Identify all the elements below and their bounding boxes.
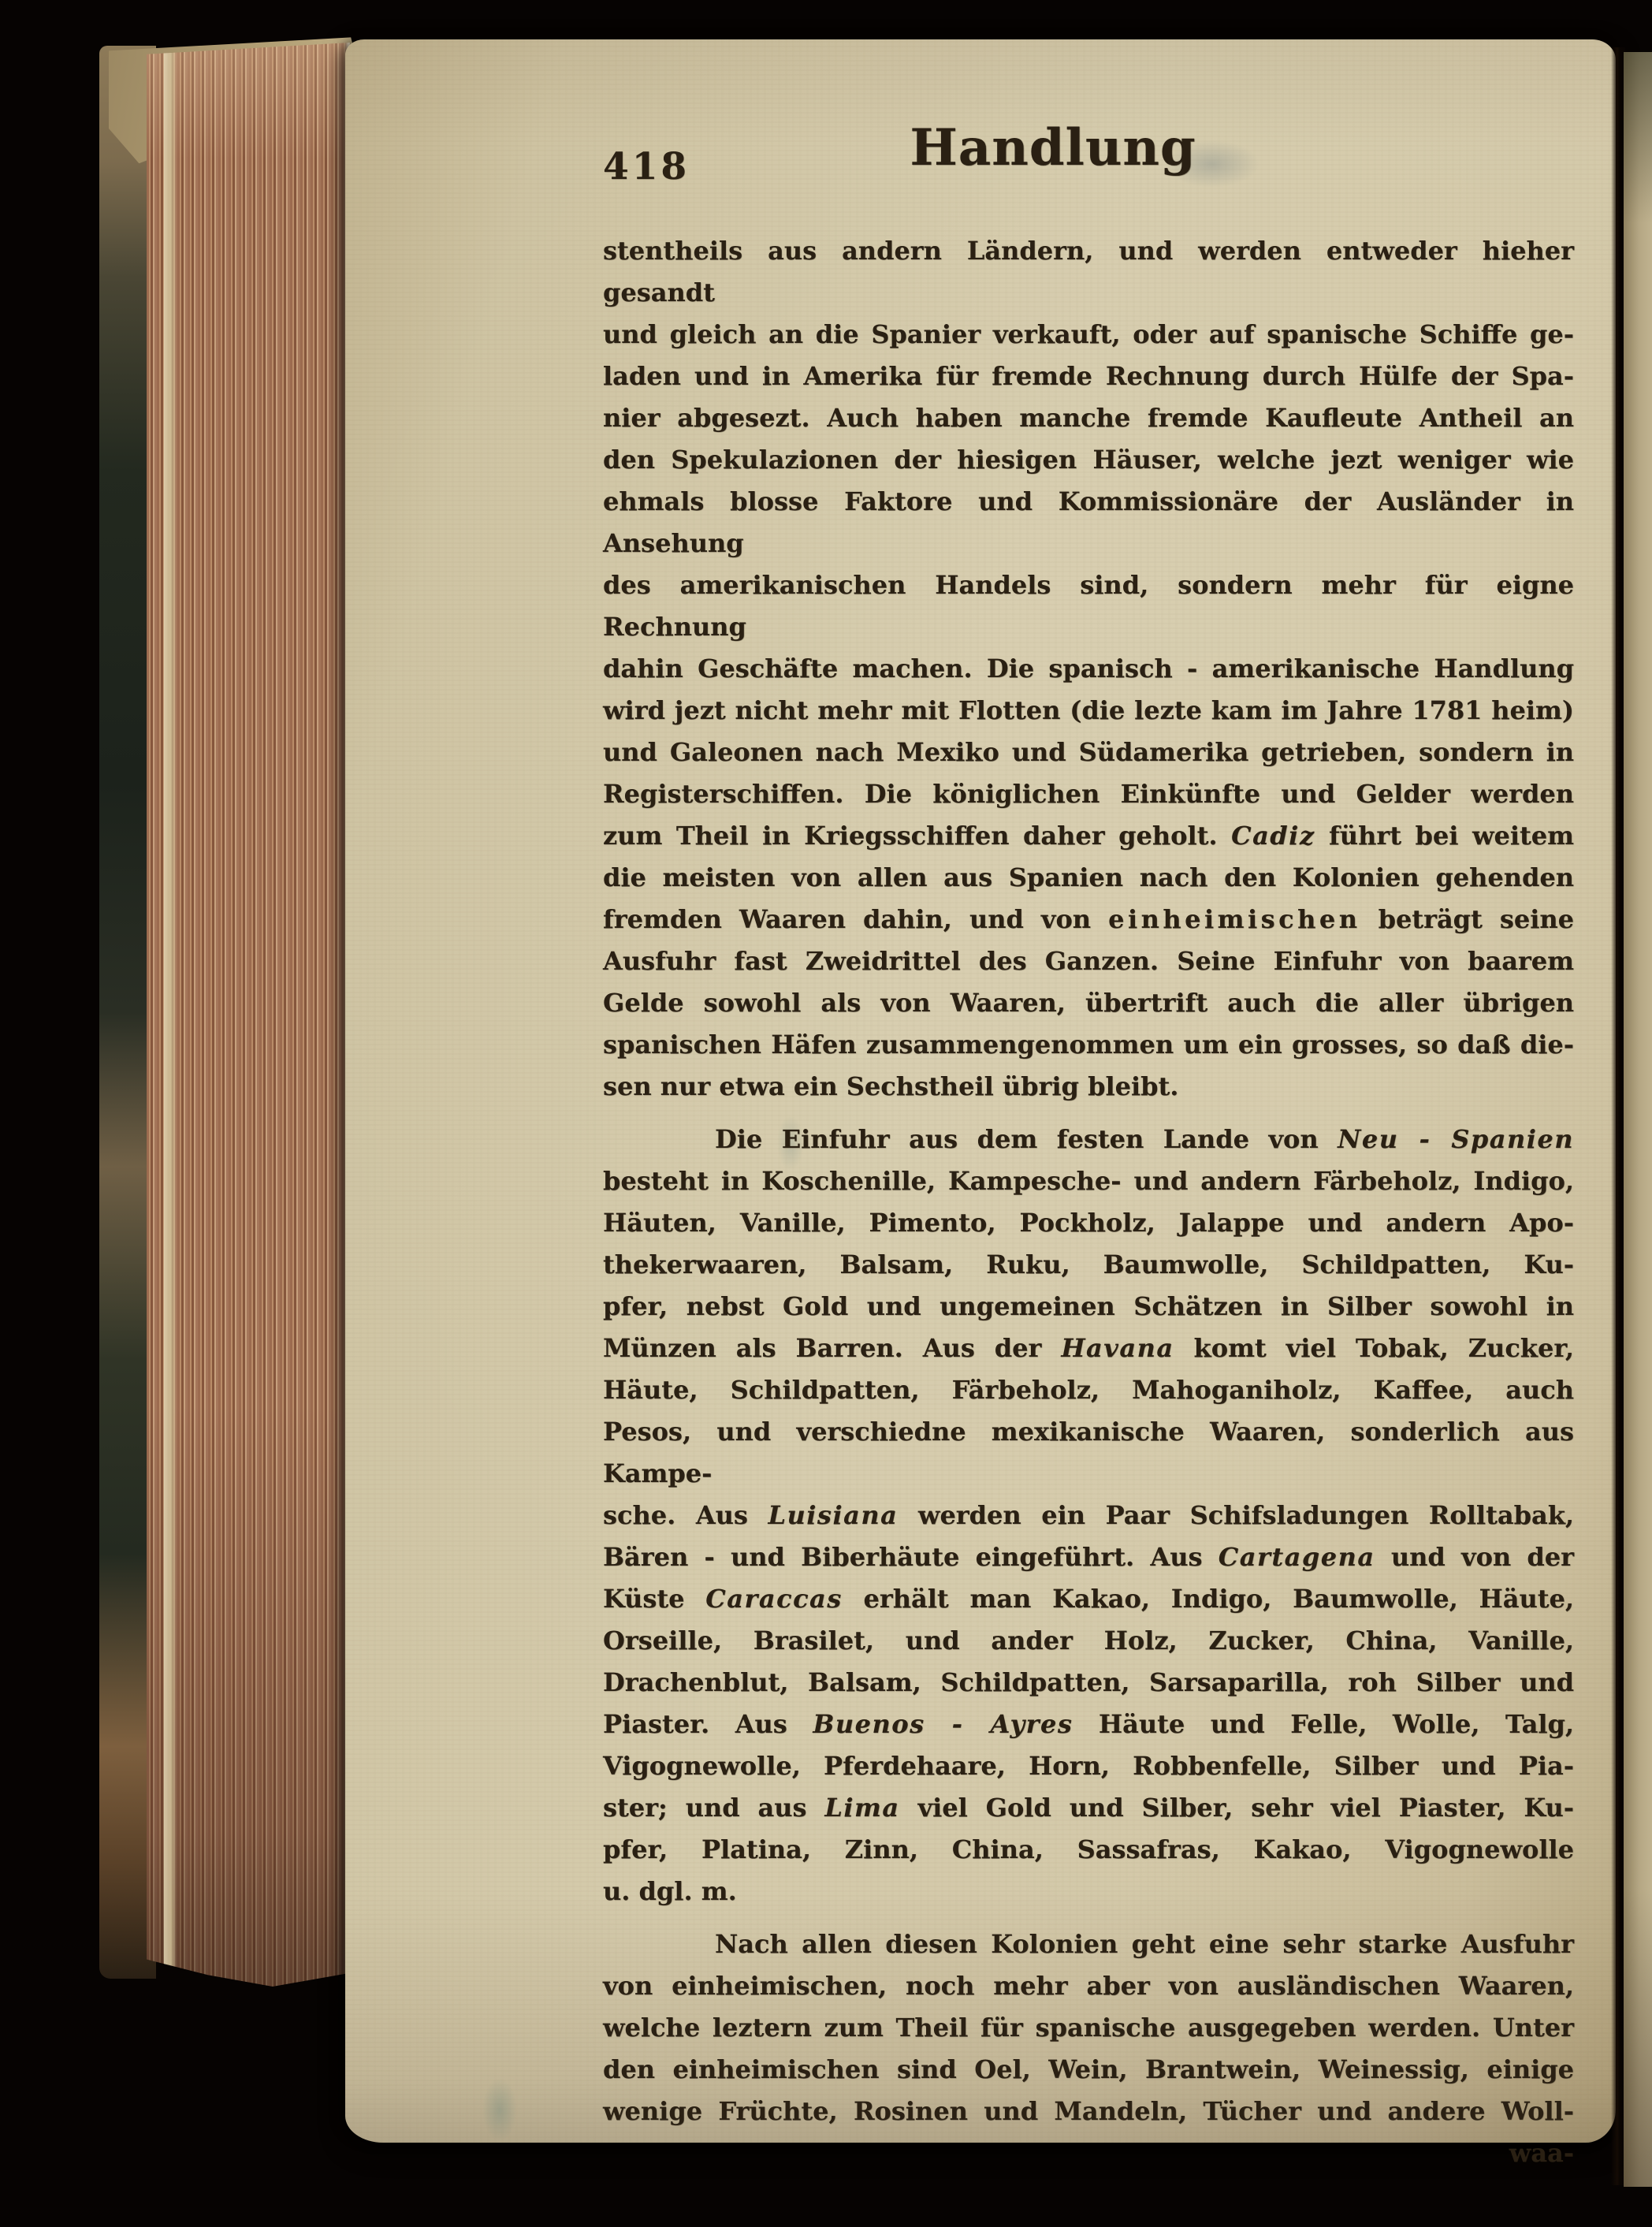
text-line: Vigognewolle, Pferdehaare, Horn, Robbenf… [603,1745,1574,1787]
text-line: wenige Früchte, Rosinen und Mandeln, Tüc… [603,2091,1574,2132]
text-line: besteht in Koschenille, Kampesche- und a… [603,1160,1574,1202]
text-line: zum Theil in Kriegsschiffen daher geholt… [603,815,1574,857]
text-line: die meisten von allen aus Spanien nach d… [603,857,1574,899]
text-line: Häuten, Vanille, Pimento, Pockholz, Jala… [603,1202,1574,1244]
text-line: von einheimischen, noch mehr aber von au… [603,1965,1574,2007]
text-line: Registerschiffen. Die königlichen Einkün… [603,773,1574,815]
text-line: thekerwaaren, Balsam, Ruku, Baumwolle, S… [603,1244,1574,1286]
text-line: stentheils aus andern Ländern, und werde… [603,230,1574,314]
text-line: pfer, Platina, Zinn, China, Sassafras, K… [603,1829,1574,1871]
text-line: Münzen als Barren. Aus der Havana komt v… [603,1328,1574,1369]
text-line: Orseille, Brasilet, und ander Holz, Zuck… [603,1620,1574,1662]
text-line: den Spekulazionen der hiesigen Häuser, w… [603,439,1574,481]
text-line: Piaster. Aus Buenos - Ayres Häute und Fe… [603,1704,1574,1745]
fore-edge-page-stack [147,43,350,1987]
emphasized-place-name: Lima [824,1793,899,1823]
text-line: Gelde sowohl als von Waaren, übertrift a… [603,982,1574,1024]
text-line: Häute, Schildpatten, Färbeholz, Mahogani… [603,1369,1574,1411]
text-line: ster; und aus Lima viel Gold und Silber,… [603,1787,1574,1829]
next-page-sliver [1624,52,1652,2187]
emphasized-place-name: Caraccas [705,1584,843,1614]
text-line: laden und in Amerika für fremde Rechnung… [603,356,1574,397]
text-line: Pesos, und verschiedne mexikanische Waar… [603,1411,1574,1495]
text-line: u. dgl. m. [603,1871,1574,1912]
emphasized-place-name: Cadiz [1231,821,1315,851]
text-line: sche. Aus Luisiana werden ein Paar Schif… [603,1495,1574,1536]
text-line: pfer, nebst Gold und ungemeinen Schätzen… [603,1286,1574,1328]
text-line: fremden Waaren dahin, und von einheimisc… [603,899,1574,940]
text-block: stentheils aus andern Ländern, und werde… [603,230,1574,2174]
text-line: den einheimischen sind Oel, Wein, Brantw… [603,2049,1574,2091]
text-line: Küste Caraccas erhält man Kakao, Indigo,… [603,1578,1574,1620]
text-line: spanischen Häfen zusammengenommen um ein… [603,1024,1574,1066]
text-line: und gleich an die Spanier verkauft, oder… [603,314,1574,356]
text-line: Ausfuhr fast Zweidrittel des Ganzen. Sei… [603,940,1574,982]
text-line: Nach allen diesen Kolonien geht eine seh… [603,1923,1574,1965]
emphasized-place-name: Havana [1061,1333,1174,1363]
fore-edge-light-band [164,46,177,1970]
running-header: Handlung [603,118,1503,177]
emphasized-place-name: Neu - Spanien [1338,1124,1574,1154]
text-line: sen nur etwa ein Sechstheil übrig bleibt… [603,1066,1574,1108]
page-header-row: 418 Handlung [603,118,1574,205]
text-line: dahin Geschäfte machen. Die spanisch - a… [603,648,1574,690]
text-line: nier abgesezt. Auch haben manche fremde … [603,397,1574,439]
emphasized-place-name: Cartagena [1219,1542,1375,1572]
catchword: waa- [603,2132,1574,2174]
emphasized-place-name: Luisiana [768,1500,899,1530]
text-line: des amerikanischen Handels sind, sondern… [603,564,1574,648]
text-line: Drachenblut, Balsam, Schildpatten, Sarsa… [603,1662,1574,1704]
text-line: ehmals blosse Faktore und Kommissionäre … [603,481,1574,564]
text-line: und Galeonen nach Mexiko und Südamerika … [603,732,1574,773]
text-line: Bären - und Biberhäute eingeführt. Aus C… [603,1536,1574,1578]
text-line: welche leztern zum Theil für spanische a… [603,2007,1574,2049]
letterspaced-word: einheimischen [1108,904,1360,934]
emphasized-place-name: Buenos - Ayres [813,1709,1073,1739]
text-line: Die Einfuhr aus dem festen Lande von Neu… [603,1119,1574,1160]
text-line: wird jezt nicht mehr mit Flotten (die le… [603,690,1574,732]
